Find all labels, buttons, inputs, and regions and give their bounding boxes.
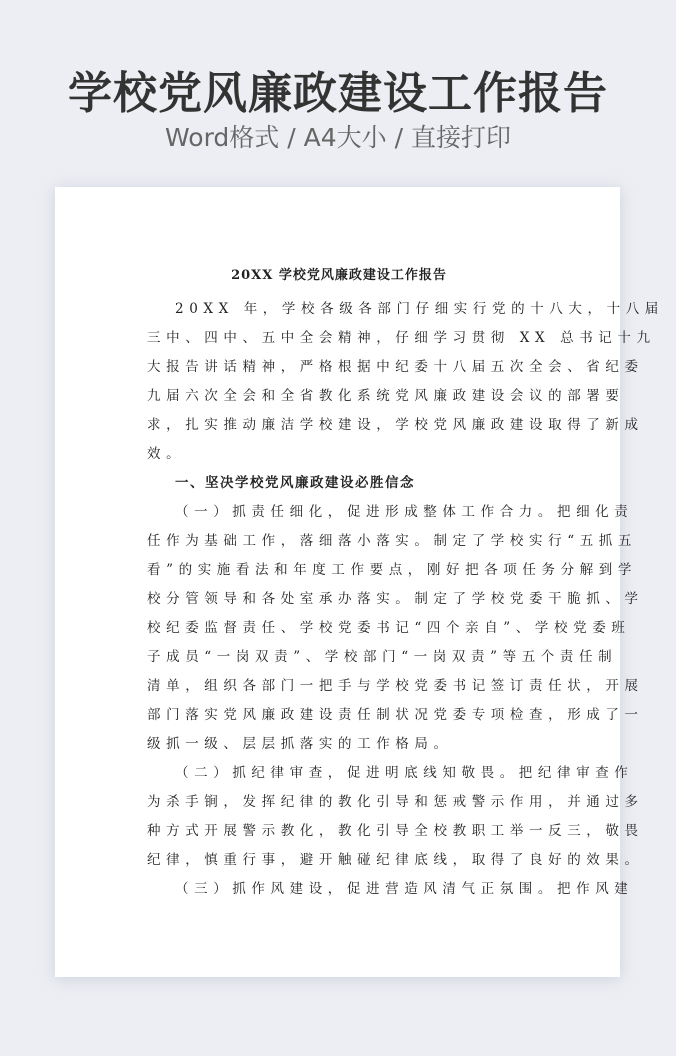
subsection-paragraph-2: （二）抓纪律审查，促进明底线知敬畏。把纪律审查作 为杀手锏，发挥纪律的教化引导和… [147,759,531,875]
text-line: 校纪委监督责任、学校党委书记“四个亲自”、学校党委班 [147,614,531,643]
text-line: 看”的实施看法和年度工作要点，刚好把各项任务分解到学 [147,556,531,585]
text-line: 为杀手锏，发挥纪律的教化引导和惩戒警示作用，并通过多 [147,788,531,817]
text-line: 求，扎实推动廉洁学校建设，学校党风廉政建设取得了新成 [147,411,531,440]
text-line: 清单，组织各部门一把手与学校党委书记签订责任状，开展 [147,672,531,701]
text-line: 任作为基础工作，落细落小落实。制定了学校实行“五抓五 [147,527,531,556]
text-line: （一）抓责任细化，促进形成整体工作合力。把细化责 [147,498,531,527]
text-line: 部门落实党风廉政建设责任制状况党委专项检查，形成了一 [147,701,531,730]
text-line: 九届六次全会和全省教化系统党风廉政建设会议的部署要 [147,382,531,411]
subsection-paragraph-3: （三）抓作风建设，促进营造风清气正氛围。把作风建 [147,875,531,904]
text-line: 纪律，慎重行事，避开触碰纪律底线，取得了良好的效果。 [147,846,531,875]
section-heading: 一、坚决学校党风廉政建设必胜信念 [147,469,531,498]
page-title: 学校党风廉政建设工作报告 [0,64,676,124]
text-line: （二）抓纪律审查，促进明底线知敬畏。把纪律审查作 [147,759,531,788]
text-line: 三中、四中、五中全会精神，仔细学习贯彻 XX 总书记十九 [147,324,531,353]
text-line: 校分管领导和各处室承办落实。制定了学校党委干脆抓、学 [147,585,531,614]
text-line: 种方式开展警示教化，教化引导全校教职工举一反三，敬畏 [147,817,531,846]
text-line: 级抓一级、层层抓落实的工作格局。 [147,730,531,759]
intro-paragraph: 20XX 年，学校各级各部门仔细实行党的十八大，十八届 三中、四中、五中全会精神… [147,295,531,469]
text-line: 20XX 年，学校各级各部门仔细实行党的十八大，十八届 [147,295,531,324]
document-title: 20XX 学校党风廉政建设工作报告 [147,263,531,289]
document-page: 20XX 学校党风廉政建设工作报告 20XX 年，学校各级各部门仔细实行党的十八… [55,187,620,977]
text-line: 大报告讲话精神，严格根据中纪委十八届五次全会、省纪委 [147,353,531,382]
text-line: 效。 [147,440,531,469]
page-subtitle: Word格式 / A4大小 / 直接打印 [0,120,676,156]
text-line: 子成员“一岗双责”、学校部门“一岗双责”等五个责任制 [147,643,531,672]
text-line: （三）抓作风建设，促进营造风清气正氛围。把作风建 [147,875,531,904]
subsection-paragraph-1: （一）抓责任细化，促进形成整体工作合力。把细化责 任作为基础工作，落细落小落实。… [147,498,531,759]
document-body: 20XX 学校党风廉政建设工作报告 20XX 年，学校各级各部门仔细实行党的十八… [147,263,531,904]
